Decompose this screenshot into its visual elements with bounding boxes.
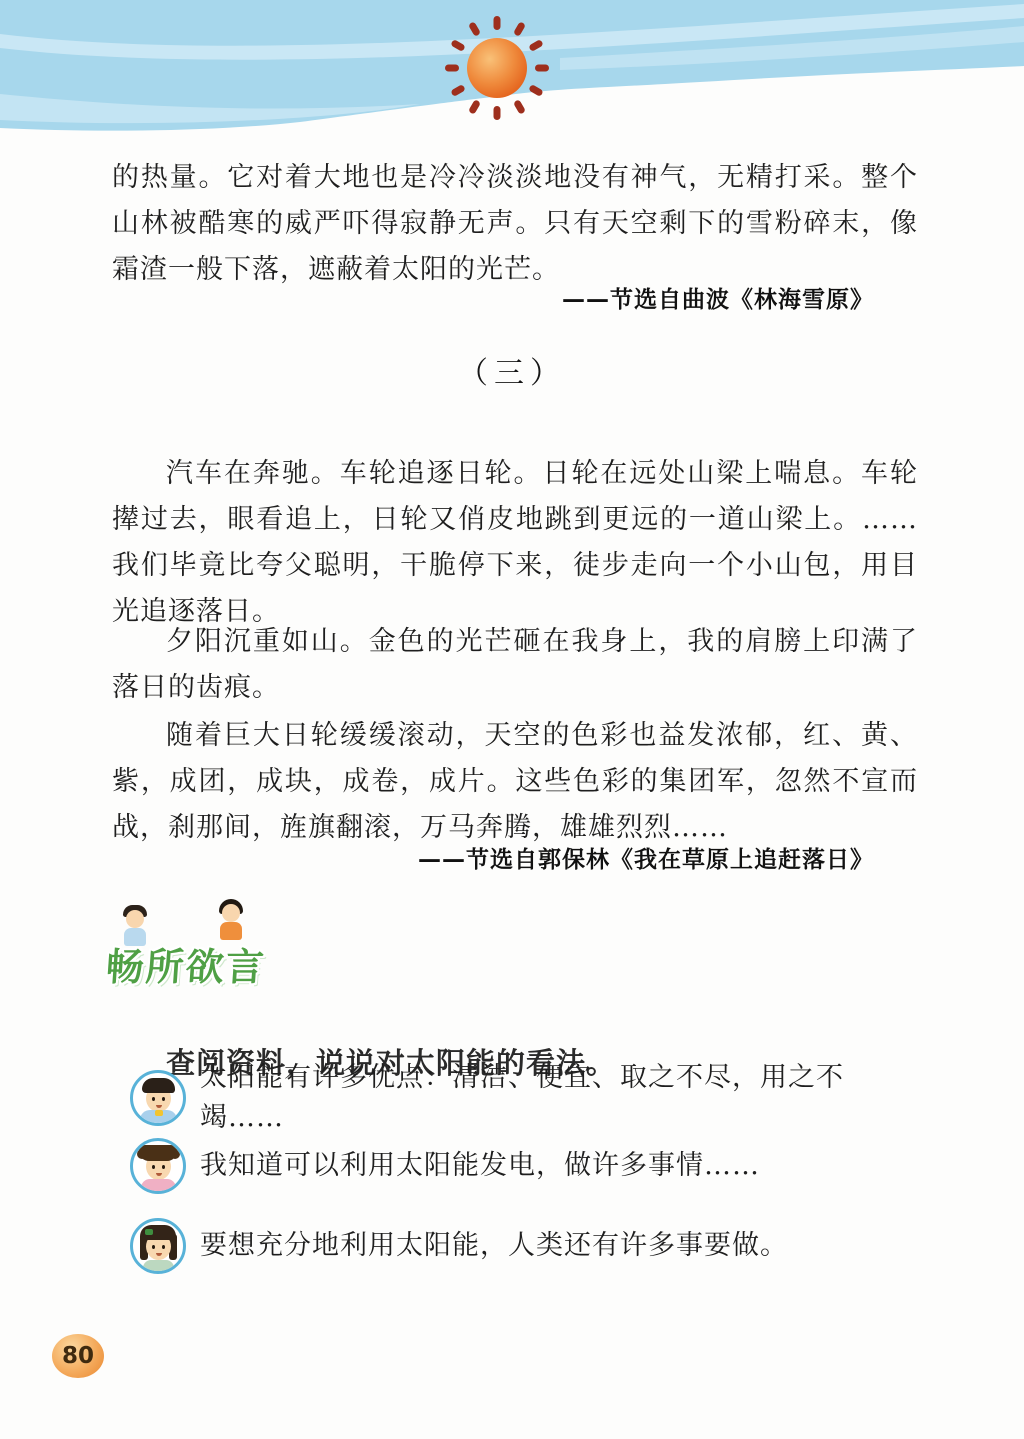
dialogue-row: 要想充分地利用太阳能，人类还有许多事要做。 <box>130 1218 920 1274</box>
dialogue-text: 要想充分地利用太阳能，人类还有许多事要做。 <box>200 1226 788 1266</box>
excerpt-two-paragraph-2: 夕阳沉重如山。金色的光芒砸在我身上，我的肩膀上印满了落日的齿痕。 <box>112 619 918 711</box>
girl-longhair-avatar-icon <box>130 1218 186 1274</box>
dialogue-text: 我知道可以利用太阳能发电，做许多事情…… <box>200 1146 760 1186</box>
page-number: 80 <box>62 1343 94 1369</box>
sky-wave-graphic <box>0 0 1024 140</box>
textbook-page: 的热量。它对着大地也是冷冷淡淡地没有神气，无精打采。整个山林被酷寒的威严吓得寂静… <box>0 0 1024 1439</box>
girl-pigtails-avatar-icon <box>130 1138 186 1194</box>
excerpt-two-paragraph-1: 汽车在奔驰。车轮追逐日轮。日轮在远处山梁上喘息。车轮撵过去，眼看追上，日轮又俏皮… <box>112 451 918 635</box>
dialogue-row: 太阳能有许多优点：清洁、便宜、取之不尽，用之不竭…… <box>130 1058 920 1138</box>
page-number-badge: 80 <box>52 1334 104 1378</box>
excerpt-two-paragraph-3: 随着巨大日轮缓缓滚动，天空的色彩也益发浓郁，红、黄、紫，成团，成块，成卷，成片。… <box>112 713 918 851</box>
header-wave-band <box>0 0 1024 140</box>
dialogue-text: 太阳能有许多优点：清洁、便宜、取之不尽，用之不竭…… <box>200 1058 920 1138</box>
excerpt-one-paragraph: 的热量。它对着大地也是冷冷淡淡地没有神气，无精打采。整个山林被酷寒的威严吓得寂静… <box>112 155 918 293</box>
excerpt-two-attribution: ——节选自郭保林《我在草原上追赶落日》 <box>418 841 874 874</box>
dialogue-row: 我知道可以利用太阳能发电，做许多事情…… <box>130 1138 920 1194</box>
activity-logo: 畅所欲言 <box>106 908 316 992</box>
section-marker: （三） <box>0 348 1024 392</box>
excerpt-one-attribution: ——节选自曲波《林海雪原》 <box>562 281 874 314</box>
boy-avatar-icon <box>130 1070 186 1126</box>
activity-logo-text: 畅所欲言 <box>104 936 268 991</box>
